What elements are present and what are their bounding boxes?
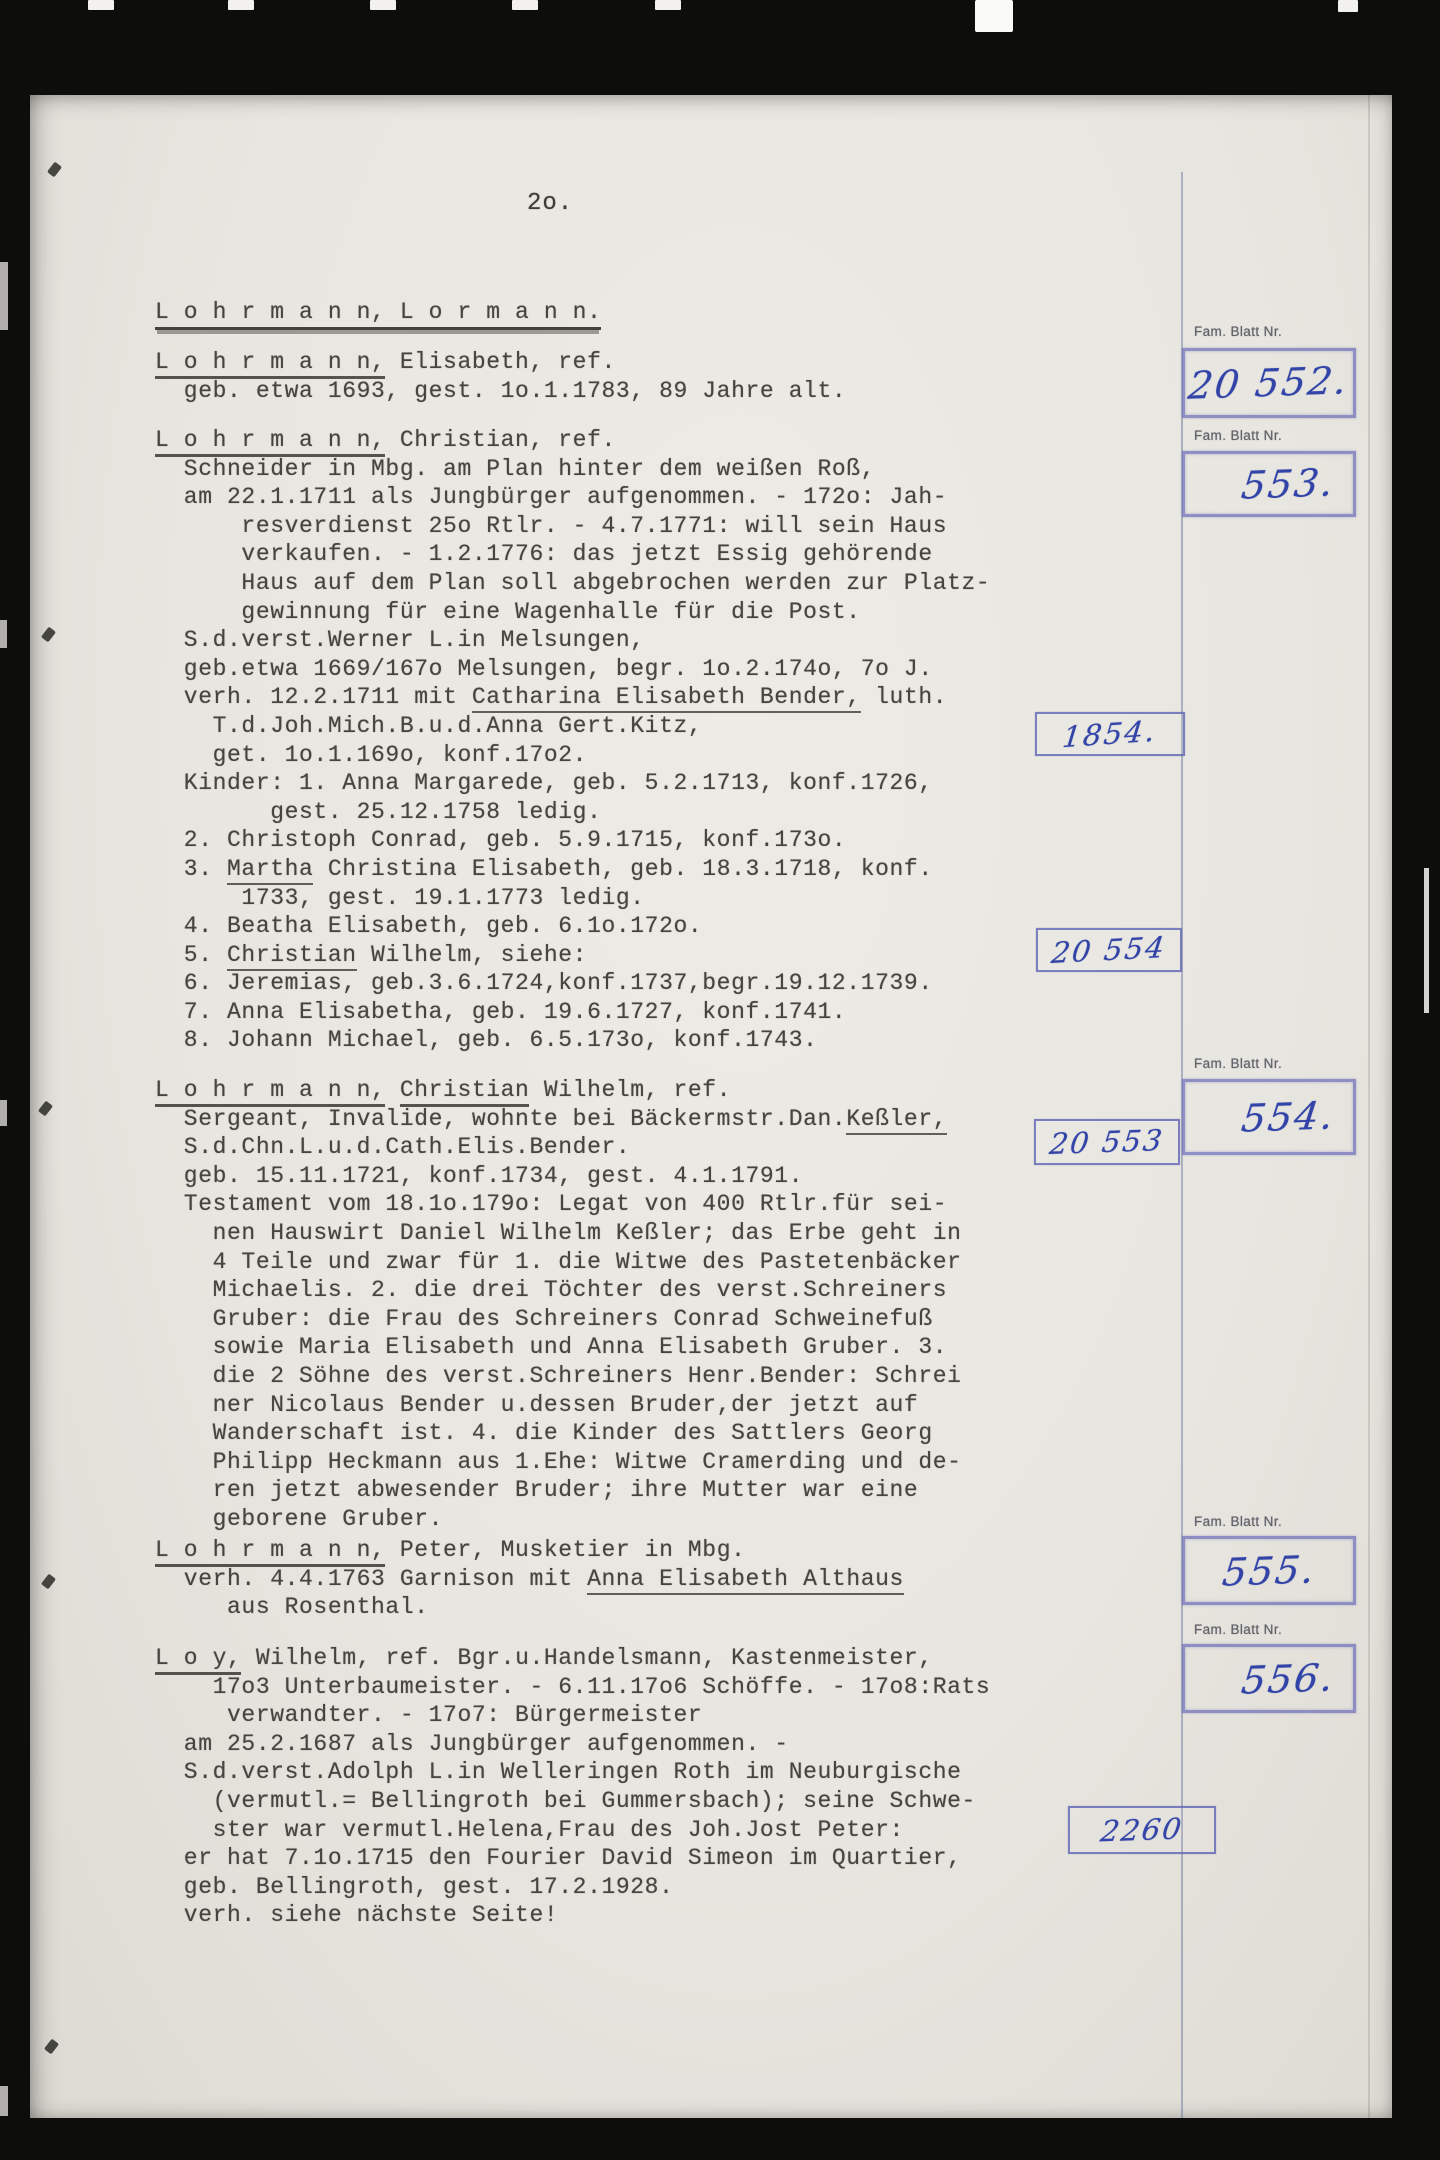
typed-line: Haus auf dem Plan soll abgebrochen werde… — [155, 569, 990, 598]
typed-line: 5. Christian Wilhelm, siehe: — [155, 941, 990, 970]
typed-line: die 2 Söhne des verst.Schreiners Henr.Be… — [155, 1362, 962, 1391]
stamp-number: 2260 — [1098, 1812, 1185, 1849]
stamp-number: 20 553 — [1048, 1123, 1166, 1161]
typed-line: 2. Christoph Conrad, geb. 5.9.1715, konf… — [155, 826, 990, 855]
scanned-page: 2o. L o h r m a n n, L o r m a n n. L o … — [0, 0, 1440, 2160]
inline-stamp-20553: 20 553 — [1034, 1119, 1180, 1165]
family-heading: L o h r m a n n, L o r m a n n. — [155, 298, 601, 327]
typed-line: Schneider in Mbg. am Plan hinter dem wei… — [155, 455, 990, 484]
typed-line: gest. 25.12.1758 ledig. — [155, 798, 990, 827]
fam-blatt-label: Fam. Blatt Nr. — [1194, 1514, 1282, 1529]
film-edge-mark — [0, 2086, 8, 2116]
stamp-number: 1854. — [1061, 714, 1159, 754]
typed-line: S.d.verst.Adolph L.in Welleringen Roth i… — [155, 1758, 990, 1787]
sprocket-tick — [1338, 0, 1358, 12]
entry-lohrmann-peter: L o h r m a n n, Peter, Musketier in Mbg… — [155, 1536, 904, 1622]
margin-stamp-554: 554. — [1182, 1079, 1356, 1155]
sprocket-tick — [88, 0, 114, 10]
underlined-text: Anna Elisabeth Althaus — [587, 1566, 904, 1595]
typed-line: aus Rosenthal. — [155, 1593, 904, 1622]
typed-line: gewinnung für eine Wagenhalle für die Po… — [155, 598, 990, 627]
entry-loy-wilhelm: L o y, Wilhelm, ref. Bgr.u.Handelsmann, … — [155, 1644, 990, 1930]
underlined-text: Christian — [227, 942, 357, 971]
typed-line: L o h r m a n n, L o r m a n n. — [155, 298, 601, 327]
inline-stamp-2260: 2260 — [1068, 1806, 1216, 1854]
stamp-number: 20 552. — [1186, 358, 1351, 408]
typed-line: geb. Bellingroth, gest. 17.2.1928. — [155, 1873, 990, 1902]
film-edge-mark — [0, 1100, 7, 1126]
typed-line: L o h r m a n n, Elisabeth, ref. — [155, 348, 846, 377]
typed-line: S.d.verst.Werner L.in Melsungen, — [155, 626, 990, 655]
entry-lohrmann-elisabeth: L o h r m a n n, Elisabeth, ref. geb. et… — [155, 348, 846, 405]
highlight-blob — [975, 0, 1013, 32]
typed-line: verh. 4.4.1763 Garnison mit Anna Elisabe… — [155, 1565, 904, 1594]
margin-stamp-555: 555. — [1182, 1536, 1356, 1605]
underlined-text: L o h r m a n n, — [155, 427, 385, 457]
typed-line: Michaelis. 2. die drei Töchter des verst… — [155, 1276, 962, 1305]
sprocket-tick — [512, 0, 538, 10]
inline-stamp-1854: 1854. — [1035, 712, 1185, 756]
sprocket-tick — [228, 0, 254, 10]
stamp-number: 553. — [1239, 460, 1337, 507]
fam-blatt-label: Fam. Blatt Nr. — [1194, 428, 1282, 443]
typed-line: resverdienst 25o Rtlr. - 4.7.1771: will … — [155, 512, 990, 541]
sprocket-tick — [655, 0, 681, 10]
typed-line: 8. Johann Michael, geb. 6.5.173o, konf.1… — [155, 1026, 990, 1055]
stamp-number: 555. — [1220, 1547, 1318, 1594]
underlined-text: L o h r m a n n, — [155, 1077, 385, 1107]
typed-line: get. 1o.1.169o, konf.17o2. — [155, 741, 990, 770]
margin-stamp-556: 556. — [1182, 1644, 1356, 1713]
film-scratch — [1424, 868, 1429, 1013]
typed-line: Kinder: 1. Anna Margarede, geb. 5.2.1713… — [155, 769, 990, 798]
typed-line: Gruber: die Frau des Schreiners Conrad S… — [155, 1305, 962, 1334]
fam-blatt-label: Fam. Blatt Nr. — [1194, 1622, 1282, 1637]
underlined-text: Catharina Elisabeth Bender, — [472, 684, 861, 713]
typed-line: 3. Martha Christina Elisabeth, geb. 18.3… — [155, 855, 990, 884]
typed-line: 6. Jeremias, geb.3.6.1724,konf.1737,begr… — [155, 969, 990, 998]
stamp-number: 556. — [1239, 1655, 1337, 1702]
typed-line: sowie Maria Elisabeth und Anna Elisabeth… — [155, 1333, 962, 1362]
underlined-text: L o y, — [155, 1645, 241, 1675]
typed-line: 4. Beatha Elisabeth, geb. 6.1o.172o. — [155, 912, 990, 941]
underlined-text: L o h r m a n n, L o r m a n n. — [155, 299, 601, 330]
film-right-band — [1392, 95, 1440, 2118]
film-edge-mark — [0, 262, 8, 330]
typed-line: am 22.1.1711 als Jungbürger aufgenommen.… — [155, 483, 990, 512]
typed-line: L o h r m a n n, Peter, Musketier in Mbg… — [155, 1536, 904, 1565]
film-bottom-band — [0, 2118, 1440, 2160]
typed-line: verwandter. - 17o7: Bürgermeister — [155, 1701, 990, 1730]
fam-blatt-label: Fam. Blatt Nr. — [1194, 1056, 1282, 1071]
stamp-number: 20 554 — [1050, 930, 1169, 970]
film-edge-mark — [0, 620, 7, 648]
typed-line: verkaufen. - 1.2.1776: das jetzt Essig g… — [155, 540, 990, 569]
inline-stamp-20554: 20 554 — [1036, 928, 1182, 972]
typed-line: 7. Anna Elisabetha, geb. 19.6.1727, konf… — [155, 998, 990, 1027]
typed-line: geb. etwa 1693, gest. 1o.1.1783, 89 Jahr… — [155, 377, 846, 406]
typed-line: verh. 12.2.1711 mit Catharina Elisabeth … — [155, 683, 990, 712]
typed-line: ren jetzt abwesender Bruder; ihre Mutter… — [155, 1476, 962, 1505]
typed-line: T.d.Joh.Mich.B.u.d.Anna Gert.Kitz, — [155, 712, 990, 741]
typed-line: 17o3 Unterbaumeister. - 6.11.17o6 Schöff… — [155, 1673, 990, 1702]
typed-line: geb.etwa 1669/167o Melsungen, begr. 1o.2… — [155, 655, 990, 684]
typed-line: L o h r m a n n, Christian, ref. — [155, 426, 990, 455]
underlined-text: L o h r m a n n, — [155, 349, 385, 379]
sprocket-tick — [370, 0, 396, 10]
underlined-text: L o h r m a n n, — [155, 1537, 385, 1567]
page-number: 2o. — [527, 190, 573, 217]
typed-line: verh. siehe nächste Seite! — [155, 1901, 990, 1930]
typed-line: L o y, Wilhelm, ref. Bgr.u.Handelsmann, … — [155, 1644, 990, 1673]
sheet-edge-shadow — [1368, 95, 1370, 2118]
typed-line: am 25.2.1687 als Jungbürger aufgenommen.… — [155, 1730, 990, 1759]
typed-line: geborene Gruber. — [155, 1505, 962, 1534]
typed-line: er hat 7.1o.1715 den Fourier David Simeo… — [155, 1844, 990, 1873]
typed-line: Philipp Heckmann aus 1.Ehe: Witwe Cramer… — [155, 1448, 962, 1477]
margin-stamp-553: 553. — [1182, 451, 1356, 517]
typed-line: ner Nicolaus Bender u.dessen Bruder,der … — [155, 1391, 962, 1420]
typed-line: geb. 15.11.1721, konf.1734, gest. 4.1.17… — [155, 1162, 962, 1191]
underlined-text: Keßler, — [846, 1106, 947, 1135]
entry-lohrmann-christian: L o h r m a n n, Christian, ref. Schneid… — [155, 426, 990, 1055]
typed-line: Testament vom 18.1o.179o: Legat von 400 … — [155, 1190, 962, 1219]
stamp-number: 554. — [1239, 1093, 1337, 1140]
typed-line: S.d.Chn.L.u.d.Cath.Elis.Bender. — [155, 1133, 962, 1162]
typed-line: 4 Teile und zwar für 1. die Witwe des Pa… — [155, 1248, 962, 1277]
fam-blatt-label: Fam. Blatt Nr. — [1194, 324, 1282, 339]
typed-line: nen Hauswirt Daniel Wilhelm Keßler; das … — [155, 1219, 962, 1248]
typed-line: L o h r m a n n, Christian Wilhelm, ref. — [155, 1076, 962, 1105]
typed-line: Wanderschaft ist. 4. die Kinder des Satt… — [155, 1419, 962, 1448]
typed-line: ster war vermutl.Helena,Frau des Joh.Jos… — [155, 1816, 990, 1845]
film-top-band — [0, 0, 1440, 95]
margin-stamp-552: 20 552. — [1182, 348, 1356, 418]
typed-line: 1733, gest. 19.1.1773 ledig. — [155, 884, 990, 913]
underlined-text: Martha — [227, 856, 313, 885]
typed-line: (vermutl.= Bellingroth bei Gummersbach);… — [155, 1787, 990, 1816]
typed-line: Sergeant, Invalide, wohnte bei Bäckermst… — [155, 1105, 962, 1134]
underlined-text: Christian — [400, 1077, 530, 1107]
entry-lohrmann-christian-wilhelm: L o h r m a n n, Christian Wilhelm, ref.… — [155, 1076, 962, 1534]
